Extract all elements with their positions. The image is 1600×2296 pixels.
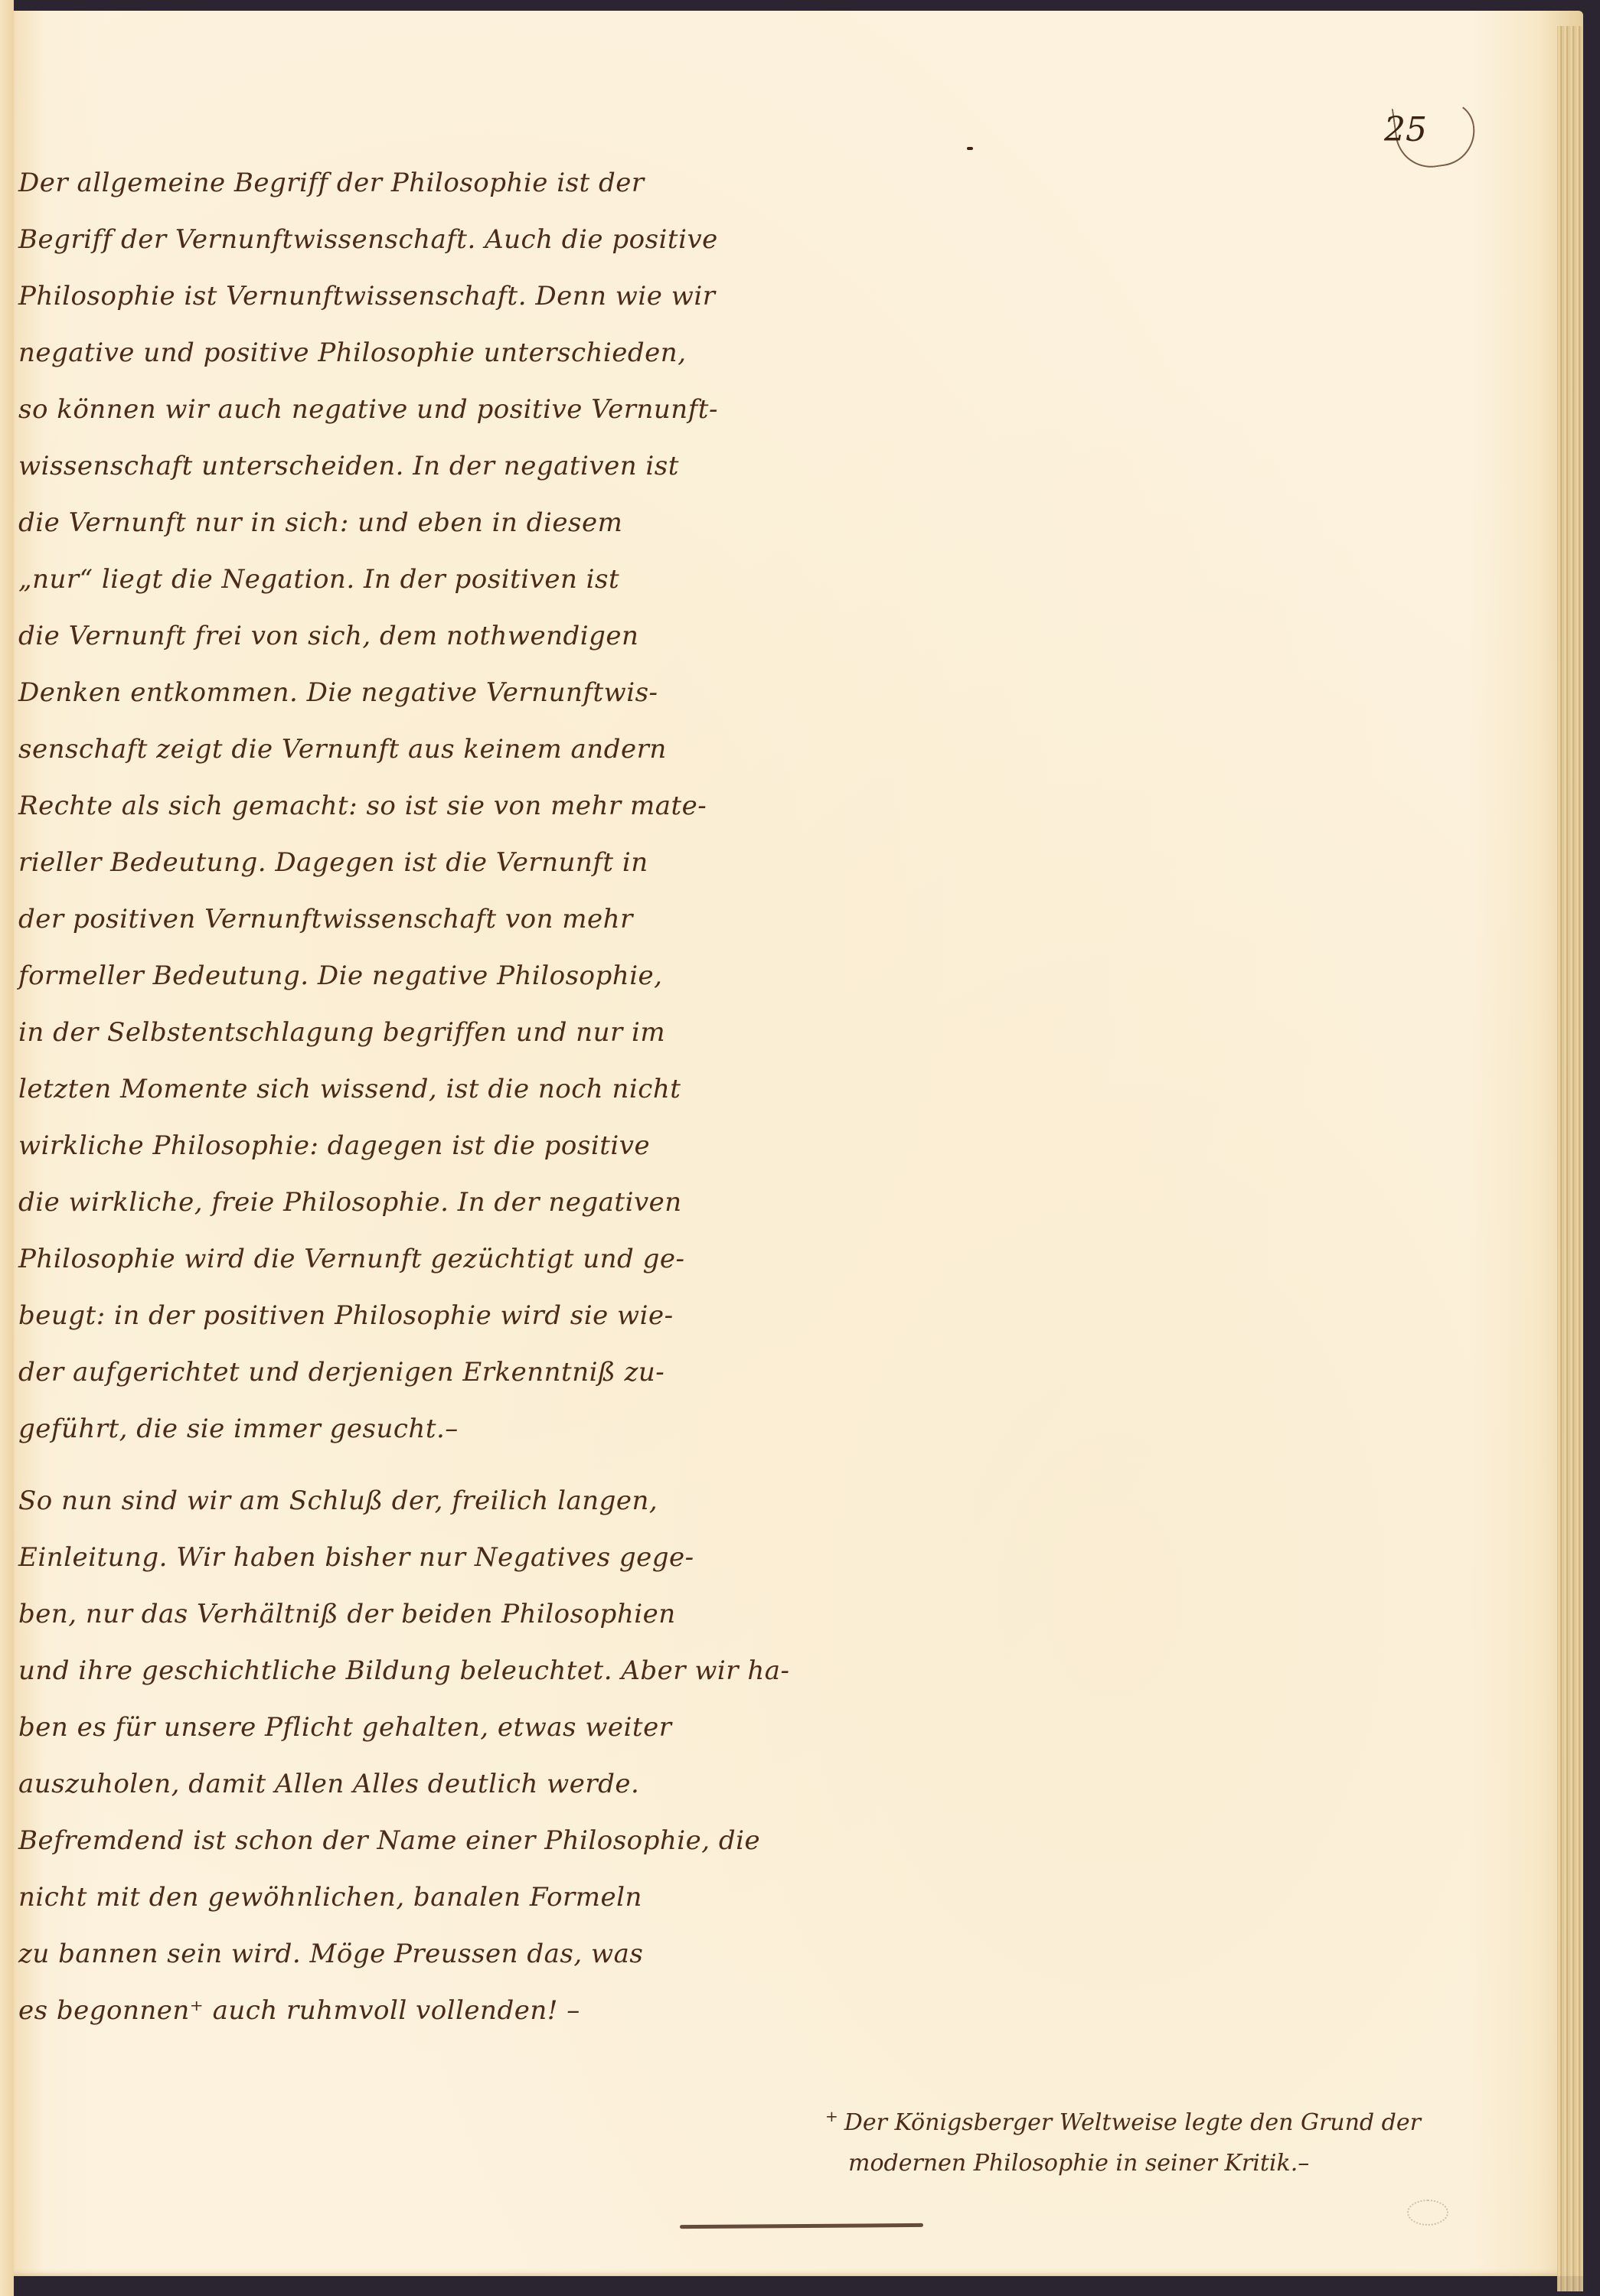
manuscript-line: es begonnen⁺ auch ruhmvoll vollenden! – <box>14 1982 795 2039</box>
footnote: +Der Königsberger Weltweise legte den Gr… <box>825 2092 1560 2187</box>
manuscript-line: die wirkliche, freie Philosophie. In der… <box>14 1174 795 1231</box>
footnote-line-2: modernen Philosophie in seiner Kritik.– <box>825 2140 1560 2187</box>
manuscript-line: der aufgerichtet und derjenigen Erkenntn… <box>14 1344 795 1401</box>
footnote-text-1: Der Königsberger Weltweise legte den Gru… <box>844 2109 1421 2136</box>
body-text-column: Der allgemeine Begriff der Philosophie i… <box>14 155 795 2039</box>
manuscript-line: wissenschaft unterscheiden. In der negat… <box>14 438 795 494</box>
manuscript-line: ben, nur das Verhältniß der beiden Philo… <box>14 1586 795 1642</box>
manuscript-line: letzten Momente sich wissend, ist die no… <box>14 1061 795 1117</box>
manuscript-scan: 25 Der allgemeine Begriff der Philosophi… <box>0 0 1600 2296</box>
manuscript-line: Philosophie ist Vernunftwissenschaft. De… <box>14 268 795 325</box>
ink-dot <box>967 147 973 150</box>
page-block-edges <box>1557 26 1583 2291</box>
manuscript-line: Der allgemeine Begriff der Philosophie i… <box>14 155 795 211</box>
manuscript-line: wirkliche Philosophie: dagegen ist die p… <box>14 1117 795 1174</box>
manuscript-line: „nur“ liegt die Negation. In der positiv… <box>14 551 795 608</box>
manuscript-line: so können wir auch negative und positive… <box>14 381 795 438</box>
manuscript-line: rieller Bedeutung. Dagegen ist die Vernu… <box>14 834 795 891</box>
footnote-marker: + <box>825 2107 838 2125</box>
manuscript-line: beugt: in der positiven Philosophie wird… <box>14 1287 795 1344</box>
page-number: 25 <box>1384 110 1427 149</box>
manuscript-line: die Vernunft nur in sich: und eben in di… <box>14 494 795 551</box>
ink-smudge <box>1407 2200 1448 2226</box>
footnote-line-1: +Der Königsberger Weltweise legte den Gr… <box>825 2092 1560 2140</box>
manuscript-line: Rechte als sich gemacht: so ist sie von … <box>14 778 795 834</box>
manuscript-line: formeller Bedeutung. Die negative Philos… <box>14 947 795 1004</box>
manuscript-line: nicht mit den gewöhnlichen, banalen Form… <box>14 1869 795 1926</box>
closing-rule <box>680 2223 923 2229</box>
manuscript-line: zu bannen sein wird. Möge Preussen das, … <box>14 1926 795 1982</box>
manuscript-line: Einleitung. Wir haben bisher nur Negativ… <box>14 1529 795 1586</box>
manuscript-page: 25 Der allgemeine Begriff der Philosophi… <box>14 11 1583 2276</box>
manuscript-line: der positiven Vernunftwissenschaft von m… <box>14 891 795 947</box>
manuscript-line: Begriff der Vernunftwissenschaft. Auch d… <box>14 211 795 268</box>
manuscript-line: und ihre geschichtliche Bildung beleucht… <box>14 1642 795 1699</box>
manuscript-line: Denken entkommen. Die negative Vernunftw… <box>14 664 795 721</box>
footnote-text-2: modernen Philosophie in seiner Kritik.– <box>848 2150 1309 2177</box>
manuscript-line: senschaft zeigt die Vernunft aus keinem … <box>14 721 795 778</box>
manuscript-line: Befremdend ist schon der Name einer Phil… <box>14 1812 795 1869</box>
manuscript-line: in der Selbstentschlagung begriffen und … <box>14 1004 795 1061</box>
manuscript-line: die Vernunft frei von sich, dem nothwend… <box>14 608 795 664</box>
manuscript-line: ben es für unsere Pflicht gehalten, etwa… <box>14 1699 795 1756</box>
manuscript-line: Philosophie wird die Vernunft gezüchtigt… <box>14 1231 795 1287</box>
manuscript-line: So nun sind wir am Schluß der, freilich … <box>14 1473 795 1529</box>
manuscript-line: geführt, die sie immer gesucht.– <box>14 1401 795 1457</box>
manuscript-line: auszuholen, damit Allen Alles deutlich w… <box>14 1756 795 1812</box>
facing-page-edge <box>0 0 14 2296</box>
manuscript-line: negative und positive Philosophie unters… <box>14 325 795 381</box>
